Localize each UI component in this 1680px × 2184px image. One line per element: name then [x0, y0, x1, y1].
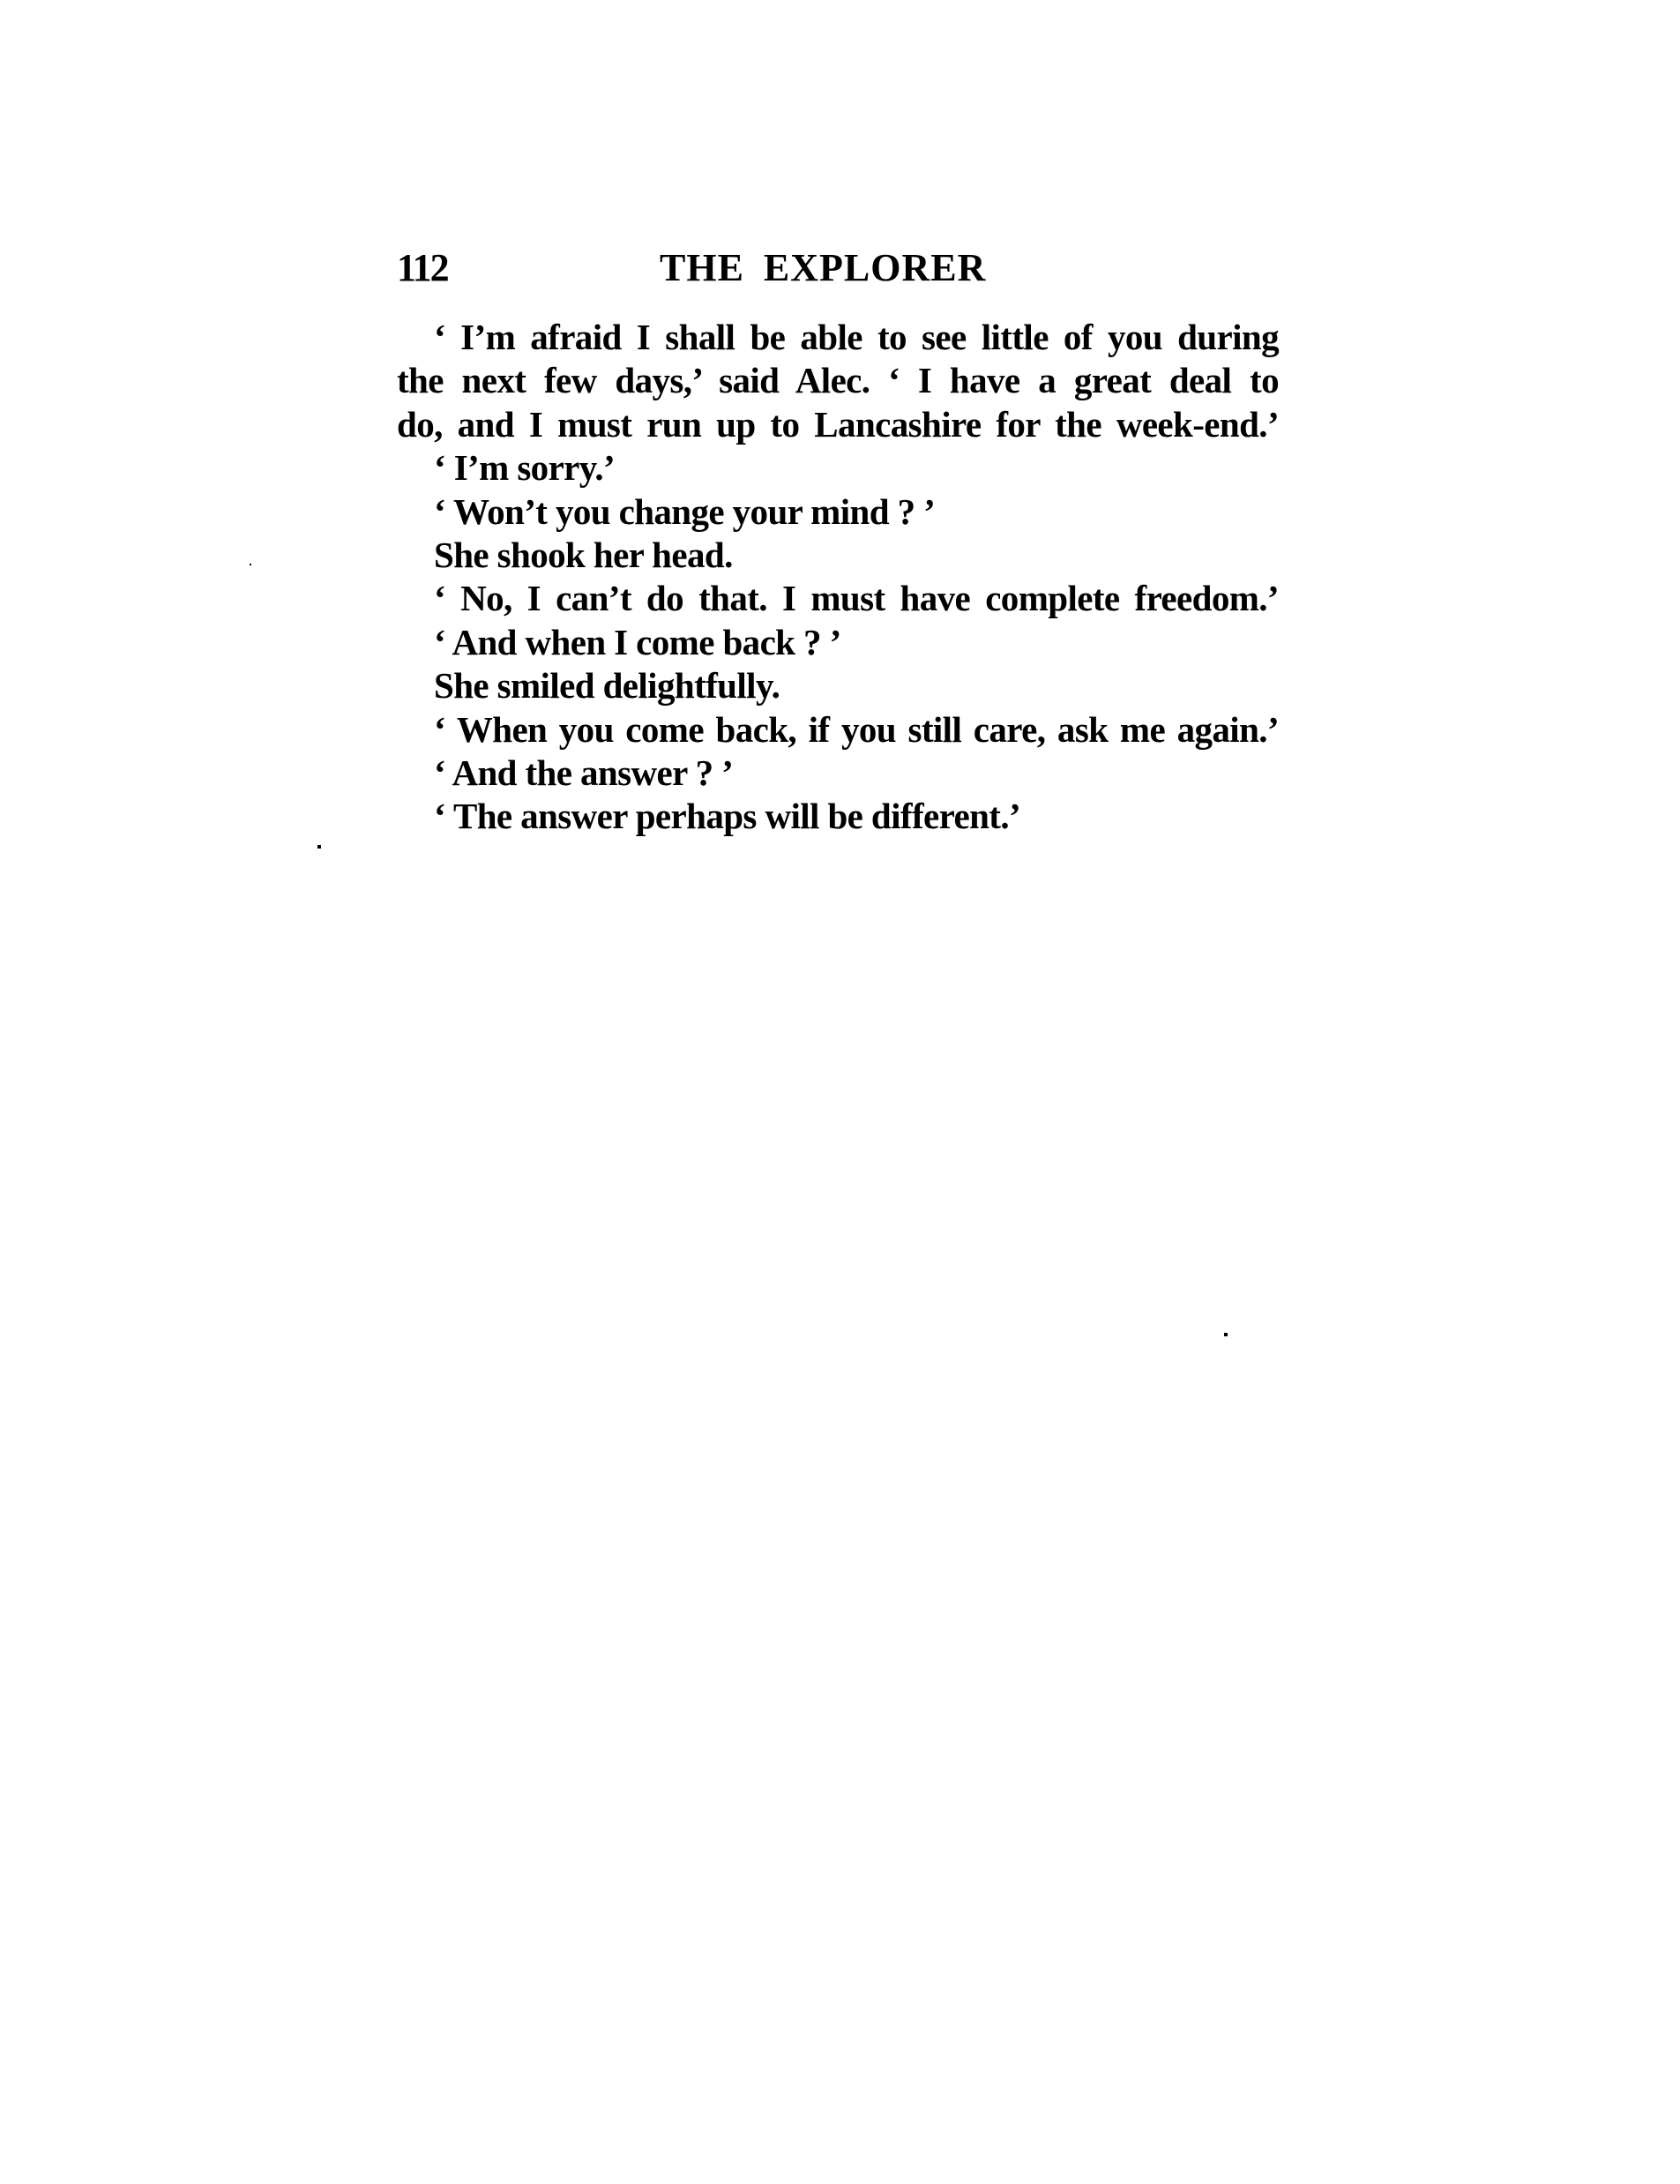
text-line: She smiled delightfully. [397, 664, 1279, 707]
text-line: ‘ And when I come back ? ’ [397, 621, 1279, 664]
text-line: ‘ When you come back, if you still care,… [397, 708, 1279, 752]
text-line: She shook her head. [397, 534, 1279, 577]
text-line: ‘ The answer perhaps will be different.’ [397, 795, 1279, 838]
page-number: 112 [397, 243, 448, 293]
text-line: ‘ No, I can’t do that. I must have compl… [397, 577, 1279, 620]
scan-speck [1224, 1333, 1228, 1336]
text-line: ‘ Won’t you change your mind ? ’ [397, 490, 1279, 534]
page-body: ‘ I’m afraid I shall be able to see litt… [397, 316, 1279, 839]
text-line: ‘ I’m sorry.’ [397, 446, 1279, 490]
text-line: do, and I must run up to Lancashire for … [397, 403, 1279, 446]
running-head: 112 THE EXPLORER [397, 243, 1279, 293]
scan-speck [317, 845, 321, 849]
book-title: THE EXPLORER [660, 243, 986, 293]
scan-speck [250, 564, 251, 565]
text-line: ‘ I’m afraid I shall be able to see litt… [397, 316, 1279, 359]
text-line: ‘ And the answer ? ’ [397, 752, 1279, 795]
text-line: the next few days,’ said Alec. ‘ I have … [397, 359, 1279, 402]
